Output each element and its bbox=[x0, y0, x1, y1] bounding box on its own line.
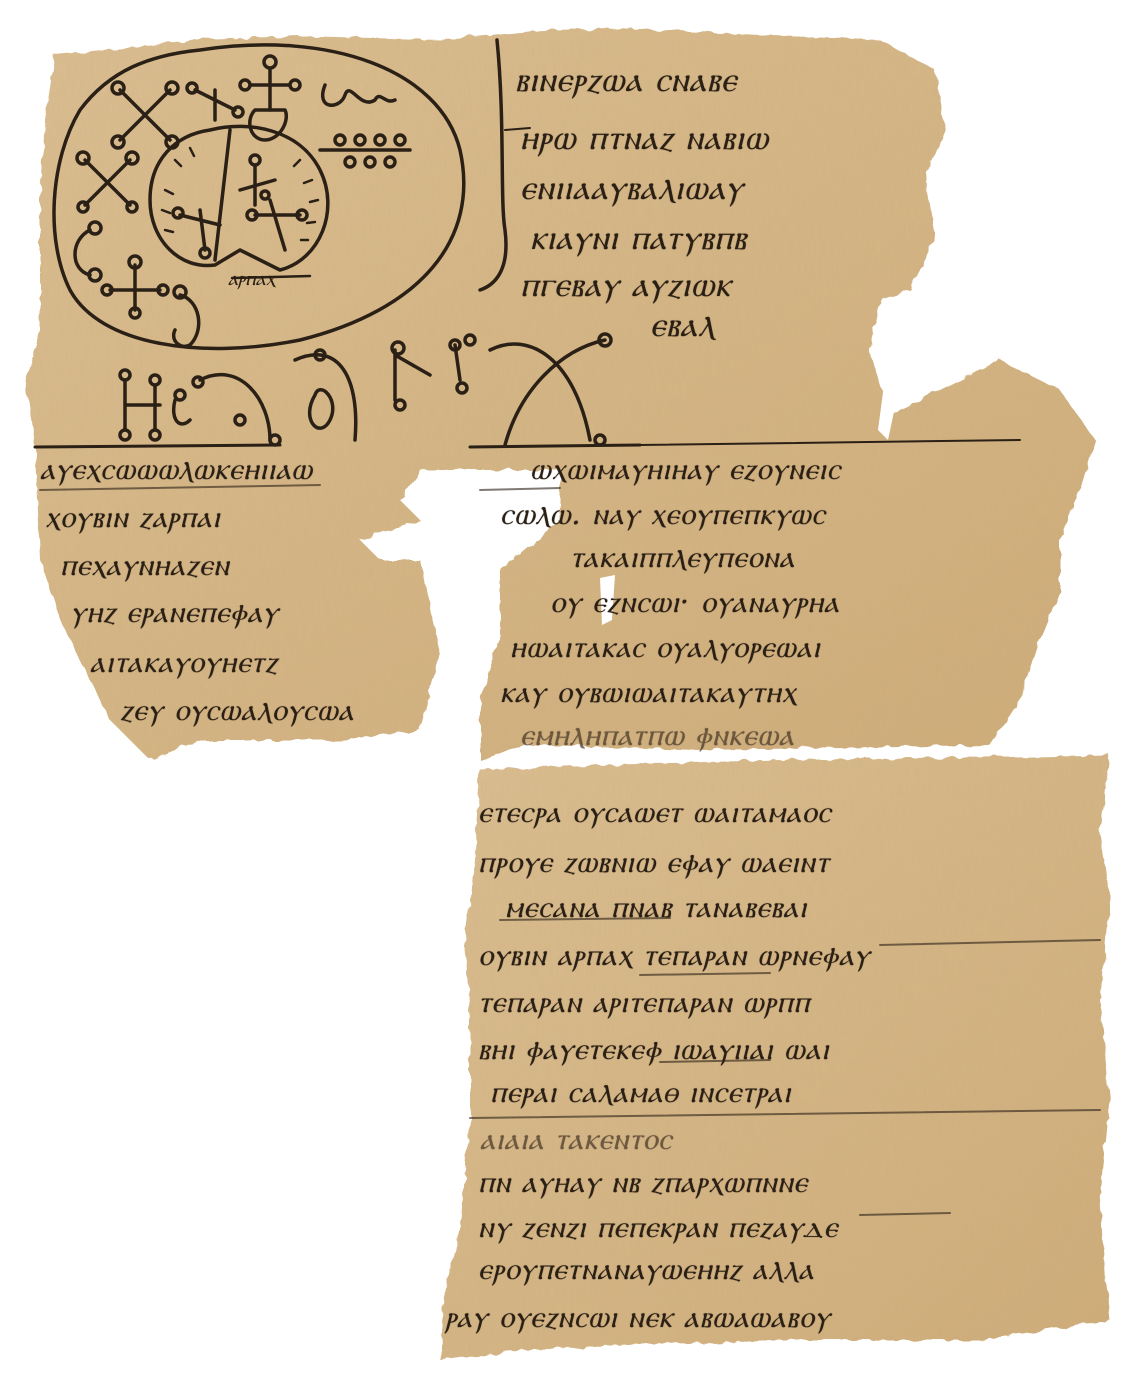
text-line: ⲩⲏⲍ ⲉⲣⲁⲛⲉⲡⲉⲫⲁⲩ bbox=[70, 595, 279, 630]
text-line: ⲡⲉⲣⲁⲓ ⲥⲁⲗⲁⲙⲁⲑ ⲓⲛⲥⲉⲧⲣⲁⲓ bbox=[490, 1075, 791, 1110]
text-line: ⲡⲅⲉⲃⲁⲩ ⲁⲩⲍⲓⲱⲕ bbox=[520, 265, 731, 305]
text-line: ⲱⲭⲱⲓⲙⲁⲩⲏⲓⲏⲁⲩ ⲉⲍⲟⲩⲛⲉⲓⲥ bbox=[530, 452, 841, 487]
figure-name-label: ⲁⲣⲡⲁⲭ bbox=[228, 266, 275, 290]
text-line: ⲧⲁⲕⲁⲓⲡⲡⲗⲉⲩⲡⲉⲟⲛⲁ bbox=[570, 540, 795, 575]
text-line: ⲏⲣⲱ ⲡⲧⲛⲁⲍ ⲛⲁⲃⲓⲱ bbox=[520, 118, 769, 158]
text-line: ⲟⲩⲃⲓⲛ ⲁⲣⲡⲁⲭ ⲧⲉⲡⲁⲣⲁⲛ ⲱⲣⲛⲉⲫⲁⲩ bbox=[478, 938, 870, 973]
text-line: ⲥⲱⲗⲱ. ⲛⲁⲩ ⲭⲉⲟⲩⲡⲉⲡⲕⲩⲱⲥ bbox=[500, 497, 826, 532]
text-line: ⲁⲓⲧⲁⲕⲁⲩⲟⲩⲏⲉⲧⲍ bbox=[90, 645, 278, 680]
text-line: ⲍⲉⲩ ⲟⲩⲥⲱⲁⲗⲟⲩⲥⲱⲁ bbox=[120, 693, 354, 728]
text-line: ⲉⲧⲉⲥⲣⲁ ⲟⲩⲥⲁⲱⲉⲧ ⲱⲁⲓⲧⲁⲙⲁⲟⲥ bbox=[478, 795, 831, 830]
text-line: ⲁⲓⲁⲓⲁ ⲧⲁⲕⲉⲛⲧⲟⲥ bbox=[480, 1122, 672, 1157]
text-line: ⲙⲉⲥⲁⲛⲁ ⲡⲛⲁⲃ ⲧⲁⲛⲁⲃⲉⲃⲁⲓ bbox=[505, 890, 807, 925]
text-line: ⲉⲃⲁⲗ bbox=[650, 305, 715, 345]
text-line: ⲭⲟⲩⲃⲓⲛ ⲍⲁⲣⲡⲁⲓ bbox=[45, 500, 221, 535]
text-line: ⲛⲩ ⲍⲉⲛⲍⲓ ⲡⲉⲡⲉⲕⲣⲁⲛ ⲡⲉⲍⲁⲩⲇⲉ bbox=[478, 1210, 838, 1245]
text-line: ⲏⲱⲁⲓⲧⲁⲕⲁⲥ ⲟⲩⲁⲗⲩⲟⲣⲉⲱⲁⲓ bbox=[510, 630, 821, 665]
text-line: ⲁⲩⲉⲭⲥⲱⲱⲱⲗⲱⲕⲉⲏⲓⲓⲁⲱ bbox=[40, 452, 313, 487]
text-line: ⲉⲣⲟⲩⲡⲉⲧⲛⲁⲛⲁⲩⲱⲉⲏⲏⲍ ⲁⲗⲗⲁ bbox=[478, 1252, 815, 1287]
text-line: ⲧⲉⲡⲁⲣⲁⲛ ⲁⲣⲓⲧⲉⲡⲁⲣⲁⲛ ⲱⲣⲡⲡ bbox=[478, 985, 810, 1020]
text-line: ⲃⲓⲛⲉⲣⲍⲱⲁ ⲥⲛⲁⲃⲉ bbox=[515, 60, 737, 100]
text-line: ⲉⲛⲓⲓⲁⲁⲩⲃⲁⲗⲓⲱⲁⲩ bbox=[520, 168, 744, 208]
text-line: ⲡⲉⲭⲁⲩⲛⲏⲁⲍⲉⲛ bbox=[60, 548, 230, 583]
text-line: ⲕⲁⲩ ⲟⲩⲃⲱⲓⲱⲁⲓⲧⲁⲕⲁⲩⲧⲏⲭ bbox=[500, 675, 796, 710]
text-line: ⲡⲛ ⲁⲩⲏⲁⲩ ⲛⲃ ⲍⲡⲁⲣⲭⲱⲡⲛⲛⲉ bbox=[478, 1165, 808, 1200]
text-line: ⲕⲓⲁⲩⲛⲓ ⲡⲁⲧⲩⲃⲡⲃ bbox=[530, 218, 747, 258]
text-line: ⲉⲙⲏⲗⲏⲡⲁⲧⲡⲱ ⲫⲛⲕⲉⲱⲁ bbox=[520, 718, 795, 753]
text-line: ⲣⲁⲩ ⲟⲩⲉⲍⲛⲥⲱⲓ ⲛⲉⲕ ⲁⲃⲱⲁⲱⲁⲃⲟⲩ bbox=[445, 1300, 831, 1335]
text-line: ⲃⲏⲓ ⲫⲁⲩⲉⲧⲉⲕⲉⲫ ⲓⲱⲁⲩⲓⲓⲁⲓ ⲱⲁⲓ bbox=[478, 1032, 830, 1067]
text-line: ⲡⲣⲟⲩⲉ ⲍⲱⲃⲛⲓⲱ ⲉⲫⲁⲩ ⲱⲁⲉⲓⲛⲧ bbox=[478, 845, 830, 880]
text-line: ⲟⲩ ⲉⲍⲛⲥⲱⲓ· ⲟⲩⲁⲛⲁⲩⲣⲏⲁ bbox=[550, 585, 840, 620]
